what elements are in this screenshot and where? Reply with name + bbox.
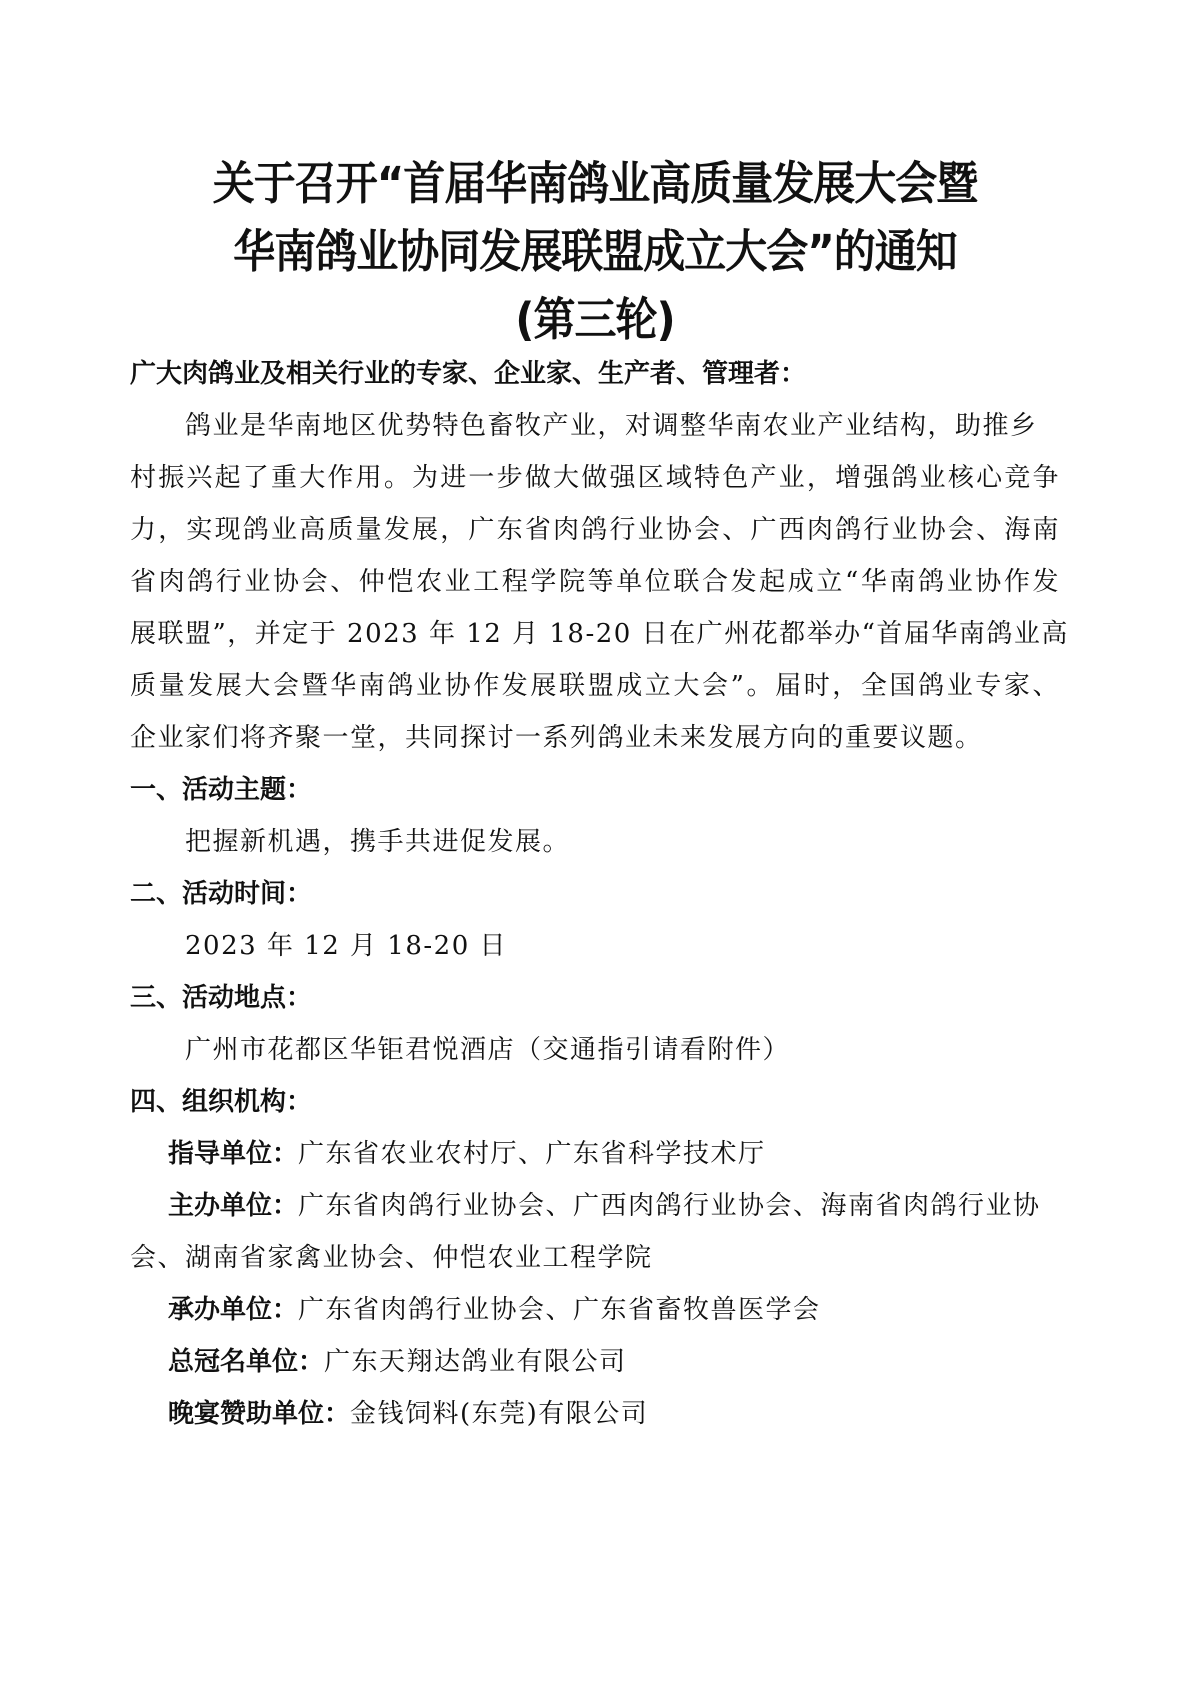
org-host-unit-continuation: 会、湖南省家禽业协会、仲恺农业工程学院 [130, 1242, 1060, 1274]
title-line-2: 华南鸽业协同发展联盟成立大会”的通知 [0, 215, 1190, 288]
org-value: 广东省肉鸽行业协会、广西肉鸽行业协会、海南省肉鸽行业协 [298, 1191, 1041, 1221]
intro-line-3: 力，实现鸽业高质量发展，广东省肉鸽行业协会、广西肉鸽行业协会、海南 [130, 514, 1060, 546]
section-content-time: 2023 年 12 月 18-20 日 [185, 930, 1115, 962]
org-value: 金钱饲料(东莞)有限公司 [350, 1399, 648, 1429]
org-guiding-unit: 指导单位：广东省农业农村厅、广东省科学技术厅 [168, 1138, 1098, 1170]
intro-line-1: 鸽业是华南地区优势特色畜牧产业，对调整华南农业产业结构，助推乡 [185, 410, 990, 442]
org-title-sponsor: 总冠名单位：广东天翔达鸽业有限公司 [168, 1346, 1098, 1378]
section-content-theme: 把握新机遇，携手共进促发展。 [185, 826, 1115, 858]
document-title: 关于召开“首届华南鸽业高质量发展大会暨 华南鸽业协同发展联盟成立大会”的通知 (… [0, 150, 1190, 354]
org-value: 广东省肉鸽行业协会、广东省畜牧兽医学会 [298, 1295, 821, 1325]
title-line-1: 关于召开“首届华南鸽业高质量发展大会暨 [0, 147, 1190, 220]
section-heading-organization: 四、组织机构： [130, 1086, 1060, 1118]
org-label: 主办单位： [168, 1191, 298, 1221]
section-heading-theme: 一、活动主题： [130, 774, 1060, 806]
title-line-3: (第三轮) [0, 283, 1190, 356]
org-label: 指导单位： [168, 1139, 298, 1169]
org-value: 广东省农业农村厅、广东省科学技术厅 [298, 1139, 766, 1169]
section-heading-location: 三、活动地点： [130, 982, 1060, 1014]
section-heading-time: 二、活动时间： [130, 878, 1060, 910]
intro-line-4: 省肉鸽行业协会、仲恺农业工程学院等单位联合发起成立“华南鸽业协作发 [130, 566, 1060, 598]
intro-line-7: 企业家们将齐聚一堂，共同探讨一系列鸽业未来发展方向的重要议题。 [130, 722, 1060, 754]
org-label: 晚宴赞助单位： [168, 1399, 350, 1429]
intro-line-6: 质量发展大会暨华南鸽业协作发展联盟成立大会”。届时，全国鸽业专家、 [130, 670, 1060, 702]
org-label: 承办单位： [168, 1295, 298, 1325]
intro-line-5: 展联盟”，并定于 2023 年 12 月 18-20 日在广州花都举办“首届华南… [130, 618, 1060, 650]
org-label: 总冠名单位： [168, 1347, 324, 1377]
org-organizer-unit: 承办单位：广东省肉鸽行业协会、广东省畜牧兽医学会 [168, 1294, 1098, 1326]
section-content-location: 广州市花都区华钜君悦酒店（交通指引请看附件） [185, 1034, 1115, 1066]
document-page: 关于召开“首届华南鸽业高质量发展大会暨 华南鸽业协同发展联盟成立大会”的通知 (… [0, 0, 1190, 1683]
intro-line-2: 村振兴起了重大作用。为进一步做大做强区域特色产业，增强鸽业核心竞争 [130, 462, 1060, 494]
org-banquet-sponsor: 晚宴赞助单位：金钱饲料(东莞)有限公司 [168, 1398, 1098, 1430]
org-value: 广东天翔达鸽业有限公司 [324, 1347, 627, 1377]
salutation: 广大肉鸽业及相关行业的专家、企业家、生产者、管理者： [130, 358, 1060, 390]
org-host-unit: 主办单位：广东省肉鸽行业协会、广西肉鸽行业协会、海南省肉鸽行业协 [168, 1190, 1098, 1222]
